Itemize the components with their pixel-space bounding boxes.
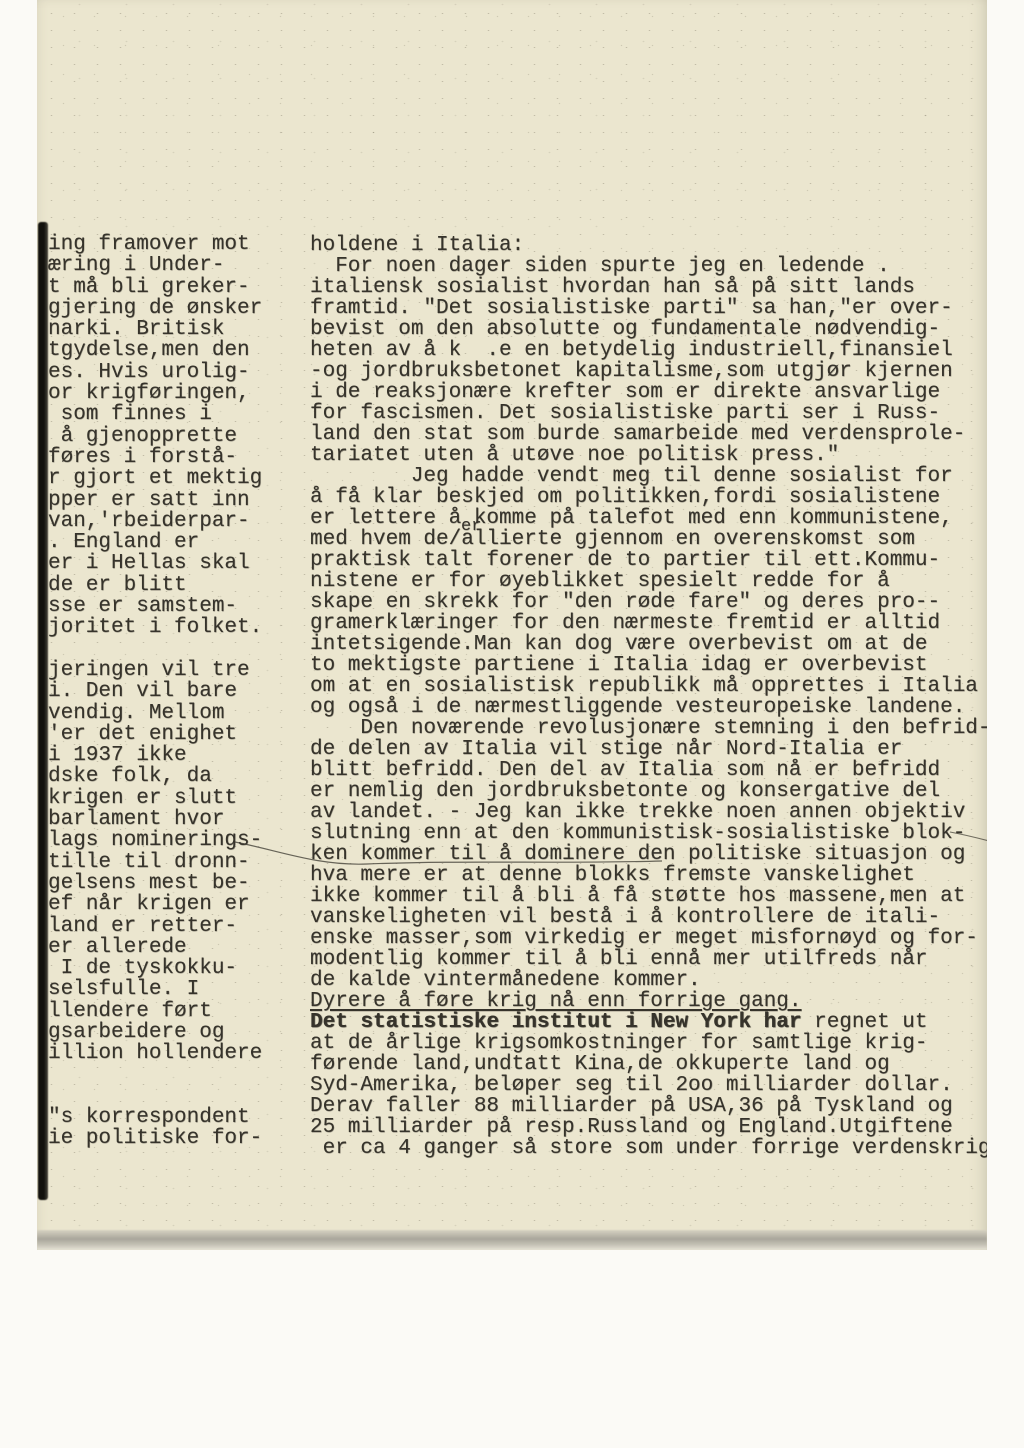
text-line: hva mere er at denne blokks fremste vans… bbox=[310, 866, 987, 887]
text-line: Dyrere å føre krig nå enn forrige gang. bbox=[310, 992, 987, 1013]
text-line: illion hollendere bbox=[48, 1043, 308, 1064]
text-line: av landet. - Jeg kan ikke trekke noen an… bbox=[310, 803, 987, 824]
text-line: gjering de ønsker bbox=[48, 298, 308, 319]
text-line: Den noværende revolusjonære stemning i d… bbox=[310, 719, 987, 740]
text-line: gramerklæringer for den nærmeste fremtid… bbox=[310, 614, 987, 635]
left-column-cutoff-text: ing framover motæring i Under-t må bli g… bbox=[48, 234, 308, 1150]
text-line: Jeg hadde vendt meg til denne sosialist … bbox=[310, 467, 987, 488]
text-line: de er blitt bbox=[48, 575, 308, 596]
text-line: or krigføringen, bbox=[48, 383, 308, 404]
paper-sheet: ing framover motæring i Under-t må bli g… bbox=[37, 0, 987, 1250]
text-line: ing framover mot bbox=[48, 234, 308, 255]
text-line: vendig. Mellom bbox=[48, 703, 308, 724]
scan-edge-artifact bbox=[38, 222, 48, 1200]
text-line: i. Den vil bare bbox=[48, 681, 308, 702]
text-line: to mektigste partiene i Italia idag er o… bbox=[310, 656, 987, 677]
text-line: blitt befridd. Den del av Italia som nå … bbox=[310, 761, 987, 782]
text-line: som finnes i bbox=[48, 404, 308, 425]
text-line: t må bli greker- bbox=[48, 277, 308, 298]
text-line: narki. Britisk bbox=[48, 319, 308, 340]
text-line: Syd-Amerika, beløper seg til 2oo milliar… bbox=[310, 1076, 987, 1097]
right-column-text: holdene i Italia: For noen dager siden s… bbox=[310, 236, 987, 1160]
text-line: selsfulle. I bbox=[48, 979, 308, 1000]
text-line: de kalde vintermånedene kommer. bbox=[310, 971, 987, 992]
text-line: ef når krigen er bbox=[48, 894, 308, 915]
text-line: tille til dronn- bbox=[48, 852, 308, 873]
text-line: jeringen vil tre bbox=[48, 660, 308, 681]
text-line bbox=[48, 1086, 308, 1107]
text-line: er nemlig den jordbruksbetonte og konser… bbox=[310, 782, 987, 803]
text-line: tgydelse,men den bbox=[48, 340, 308, 361]
text-line: modentlig kommer til å bli ennå mer util… bbox=[310, 950, 987, 971]
text-line: slutning enn at den kommunistisk-sosiali… bbox=[310, 824, 987, 845]
text-line: å gjenopprette bbox=[48, 426, 308, 447]
text-line: er allerede bbox=[48, 937, 308, 958]
text-line: sse er samstem- bbox=[48, 596, 308, 617]
text-line: er ca 4 ganger så store som under forrig… bbox=[310, 1139, 987, 1160]
scanned-document-page: ing framover motæring i Under-t må bli g… bbox=[0, 0, 1024, 1448]
text-line: ie politiske for- bbox=[48, 1128, 308, 1149]
text-line: æring i Under- bbox=[48, 255, 308, 276]
text-line: i 1937 ikke bbox=[48, 745, 308, 766]
text-line: med hvem de/allierte gjennom en overensk… bbox=[310, 530, 987, 551]
text-line: barlament hvor bbox=[48, 809, 308, 830]
text-line: 25 milliarder på resp.Russland og Englan… bbox=[310, 1118, 987, 1139]
text-line: enske masser,som virkedig er meget misfo… bbox=[310, 929, 987, 950]
typed-insertion-above-line: er bbox=[461, 517, 481, 536]
text-line: gelsens mest be- bbox=[48, 873, 308, 894]
text-line: i de reaksjonære krefter som er direkte … bbox=[310, 383, 987, 404]
text-line: For noen dager siden spurte jeg en leden… bbox=[310, 257, 987, 278]
text-line: om at en sosialistisk republikk må oppre… bbox=[310, 677, 987, 698]
text-line: -og jordbruksbetonet kapitalisme,som utg… bbox=[310, 362, 987, 383]
text-line: praktisk talt forener de to partier til … bbox=[310, 551, 987, 572]
text-line: lags nominerings- bbox=[48, 830, 308, 851]
text-line: r gjort et mektig bbox=[48, 468, 308, 489]
text-line: gsarbeidere og bbox=[48, 1022, 308, 1043]
text-line bbox=[48, 1065, 308, 1086]
text-line: nistene er for øyeblikket spesielt redde… bbox=[310, 572, 987, 593]
text-line: skape en skrekk for "den røde fare" og d… bbox=[310, 593, 987, 614]
text-line: "s korrespondent bbox=[48, 1107, 308, 1128]
text-line: de delen av Italia vil stige når Nord-It… bbox=[310, 740, 987, 761]
text-line: 'er det enighet bbox=[48, 724, 308, 745]
text-line: joritet i folket. bbox=[48, 617, 308, 638]
text-line: og også i de nærmestliggende vesteuropei… bbox=[310, 698, 987, 719]
text-line: land den stat som burde samarbeide med v… bbox=[310, 425, 987, 446]
text-line: ken kommer til å dominere den politiske … bbox=[310, 845, 987, 866]
text-line: heten av å k .e en betydelig industriell… bbox=[310, 341, 987, 362]
text-line: er i Hellas skal bbox=[48, 553, 308, 574]
text-line: Derav faller 88 milliarder på USA,36 på … bbox=[310, 1097, 987, 1118]
text-line: er lettere å komme på talefot med enn ko… bbox=[310, 509, 987, 530]
text-line: land er retter- bbox=[48, 916, 308, 937]
text-line: føres i forstå- bbox=[48, 447, 308, 468]
text-line: vanskeligheten vil bestå i å kontrollere… bbox=[310, 908, 987, 929]
text-line: I de tyskokku- bbox=[48, 958, 308, 979]
text-line: framtid. "Det sosialistiske parti" sa ha… bbox=[310, 299, 987, 320]
text-line: krigen er slutt bbox=[48, 788, 308, 809]
text-line: bevist om den absolutte og fundamentale … bbox=[310, 320, 987, 341]
text-line: pper er satt inn bbox=[48, 490, 308, 511]
text-line: intetsigende.Man kan dog være overbevist… bbox=[310, 635, 987, 656]
text-line: for fascismen. Det sosialistiske parti s… bbox=[310, 404, 987, 425]
text-line: ikke kommer til å bli å få støtte hos ma… bbox=[310, 887, 987, 908]
text-line: Det statistiske institut i New York har … bbox=[310, 1013, 987, 1034]
text-line: holdene i Italia: bbox=[310, 236, 987, 257]
text-line: førende land,undtatt Kina,de okkuperte l… bbox=[310, 1055, 987, 1076]
text-line: llendere ført bbox=[48, 1001, 308, 1022]
text-line: at de årlige krigsomkostninger for samtl… bbox=[310, 1034, 987, 1055]
text-line: italiensk sosialist hvordan han så på si… bbox=[310, 278, 987, 299]
text-line: es. Hvis urolig- bbox=[48, 362, 308, 383]
text-line: å få klar beskjed om politikken,fordi so… bbox=[310, 488, 987, 509]
paper-bottom-edge bbox=[37, 1230, 987, 1250]
text-line: dske folk, da bbox=[48, 766, 308, 787]
text-line: . England er bbox=[48, 532, 308, 553]
text-line: van,'rbeiderpar- bbox=[48, 511, 308, 532]
text-line: tariatet uten å utøve noe politisk press… bbox=[310, 446, 987, 467]
text-line bbox=[48, 639, 308, 660]
